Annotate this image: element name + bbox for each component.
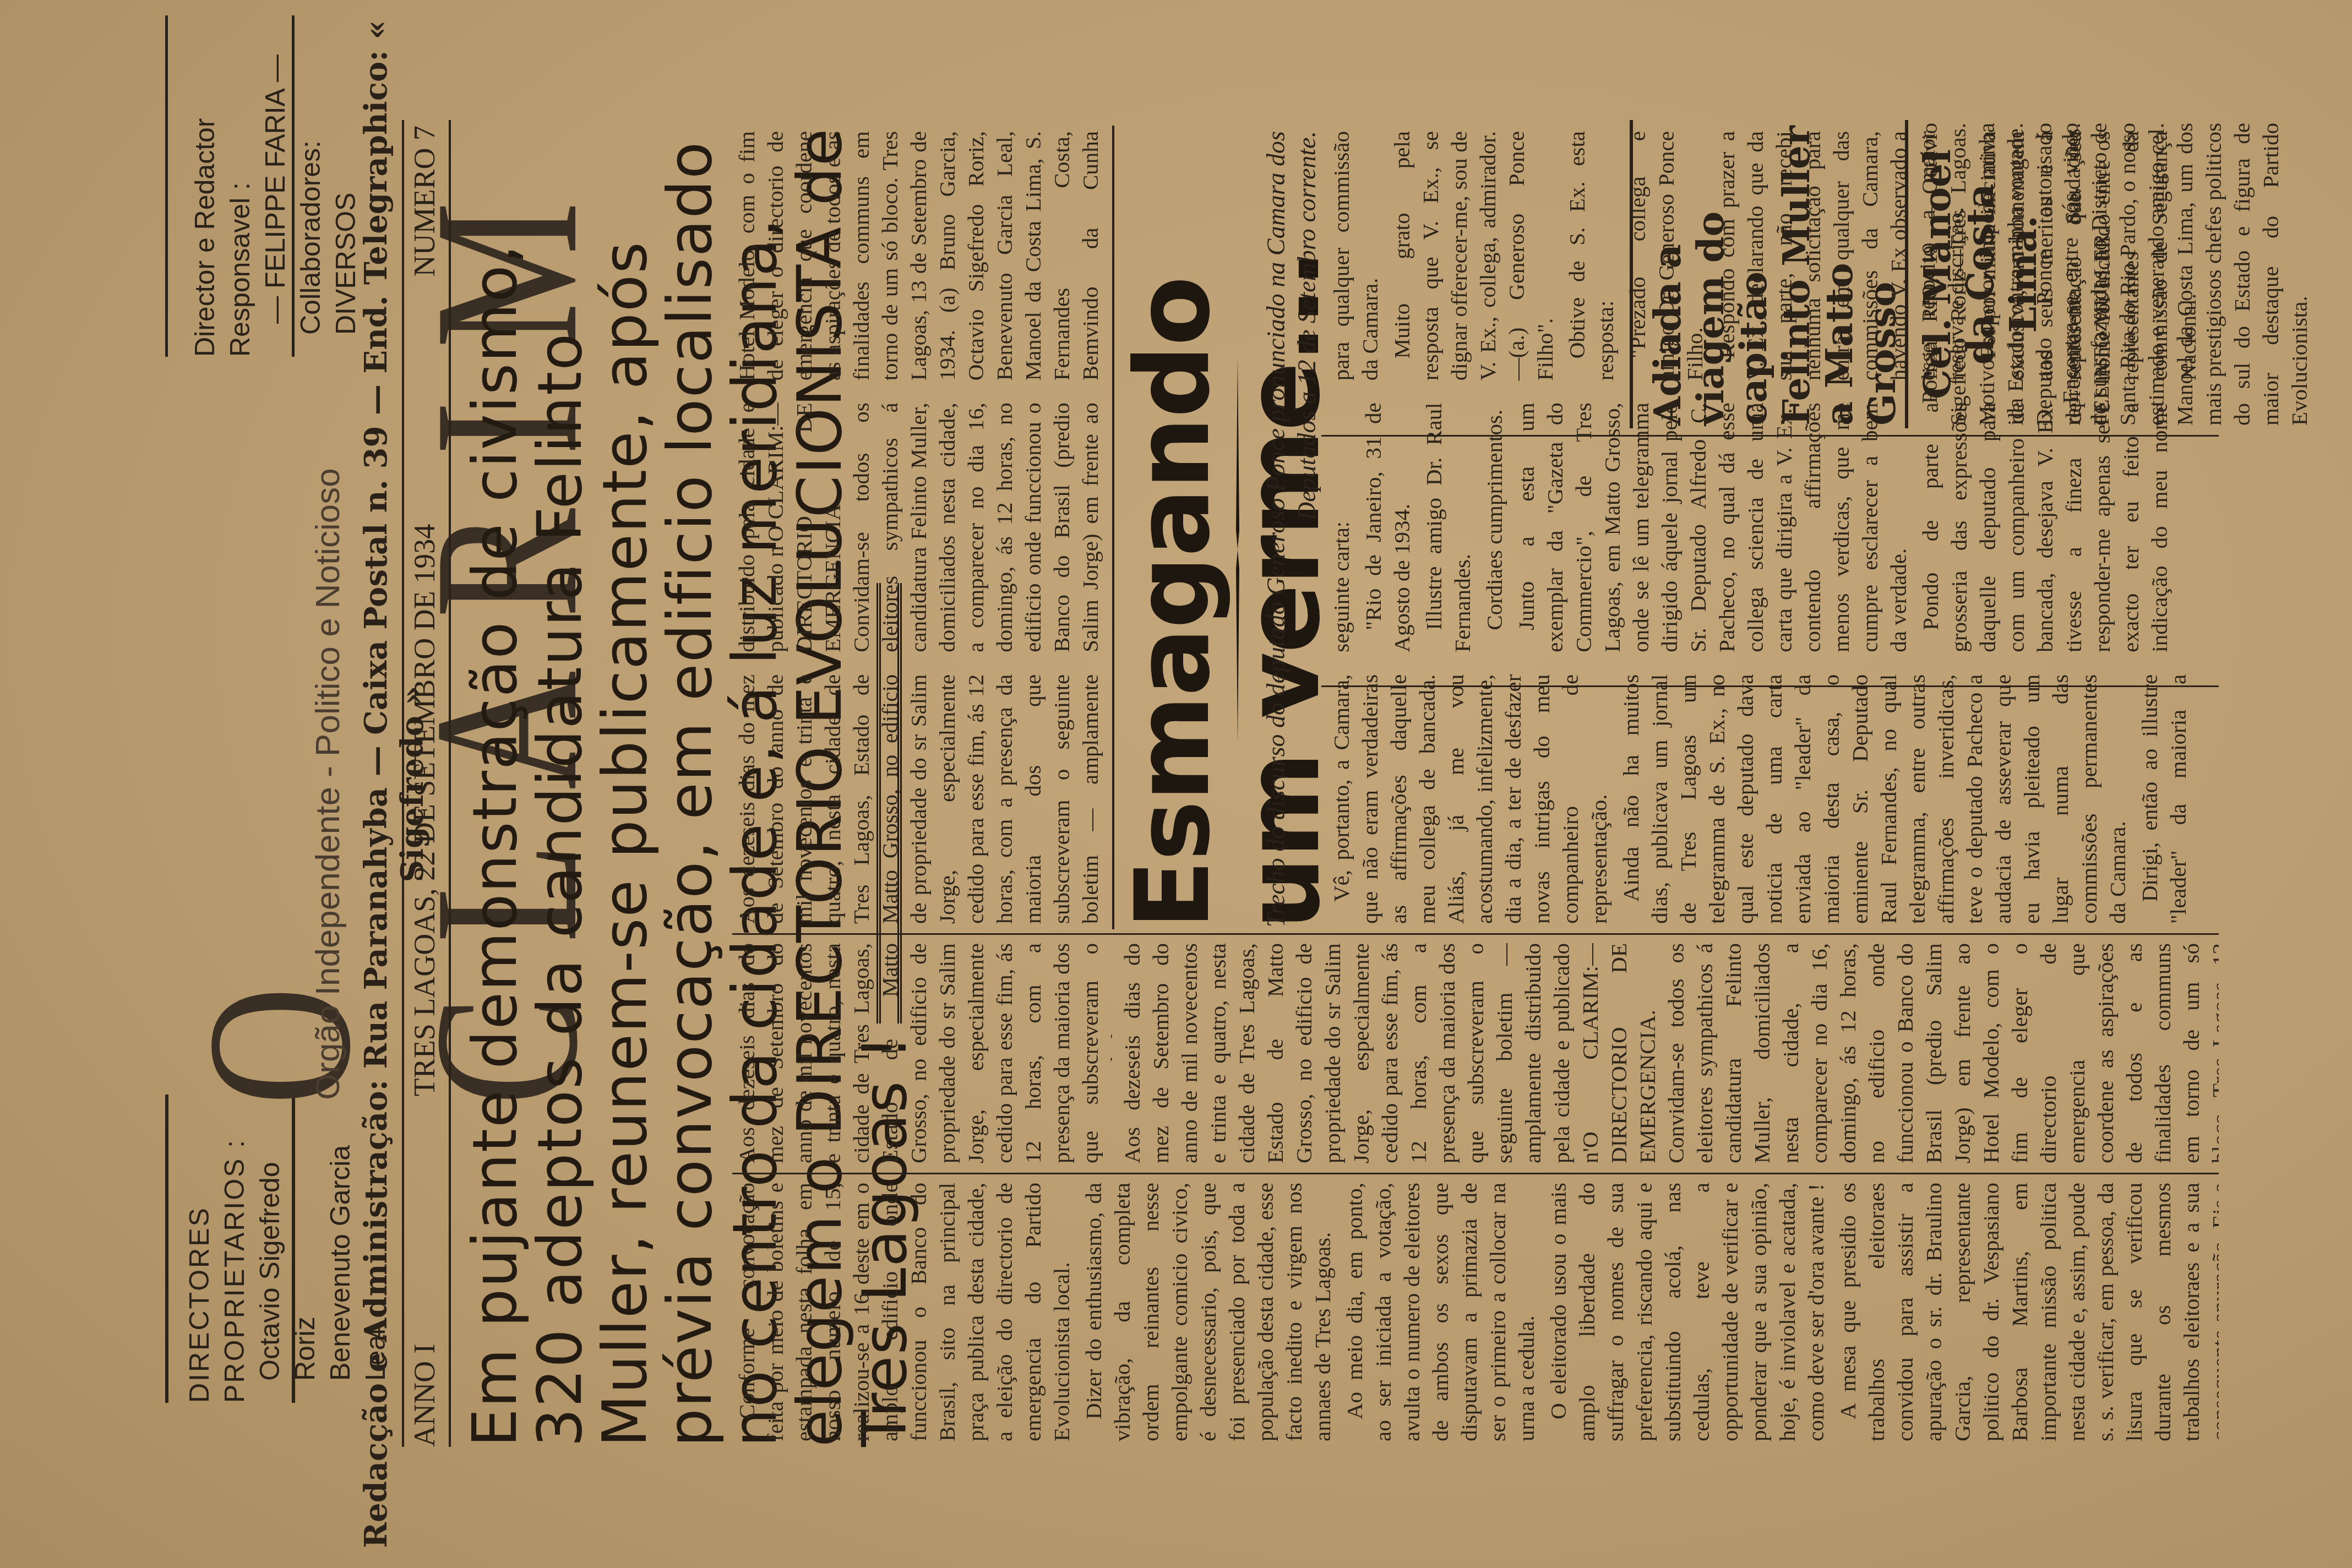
lead-paragraph: O eleitorado usou o mais amplo liberdade… <box>1544 1183 1830 1441</box>
lead-paragraph: Conforme convocação feita por meio de bo… <box>732 1183 1076 1441</box>
costa-lima-article: Cel. Manoel da Costa Lima. Encontra-se e… <box>1916 123 2336 426</box>
column-rule-1 <box>732 1173 2219 1174</box>
esmagando-paragraph: Muito grato pela resposta que V. Ex., se… <box>1387 131 1559 380</box>
acta-continuation: Aos dezeseis dias do mez de Setembro do … <box>732 943 1112 1163</box>
esmagando-paragraph: Ainda não ha muitos dias, publicava um j… <box>1616 674 2132 924</box>
adiada-title: Adiada a viagem do capitão Felinto Mulle… <box>1646 123 1904 426</box>
column-rule-2 <box>732 933 2219 935</box>
esmagando-subtitle: Trecho do discurso do deputado Generoso … <box>1261 131 1322 929</box>
owners-top-rule <box>165 1095 168 1403</box>
esmagando-paragraph: Junto a esta um exemplar da "Gazeta do C… <box>1512 402 1913 652</box>
lead-paragraph: A mesa que presidio os trabalhos eleitor… <box>1833 1183 2219 1441</box>
director-name: — FELIPPE FARIA — <box>258 4 293 357</box>
esmagando-paragraph: Cordiaes cumprimentos. <box>1480 402 1509 652</box>
adiada-top-rule <box>1630 120 1633 428</box>
lead-paragraph: Ao meio dia, em ponto, ao ser iniciada a… <box>1340 1183 1540 1441</box>
lead-article-column-1: Conforme convocação feita por meio de bo… <box>732 1183 2219 1441</box>
lead-article-column-2: Aos dezeseis dias do mez de Setembro do … <box>732 943 1112 1163</box>
place-date: TRES LAGOAS, 22 DE SETEMBRO DE 1934 <box>407 524 442 1097</box>
newspaper-page-rotated: DIRECTORES PROPRIETARIOS : Octavio Sigef… <box>0 0 2352 1568</box>
owners-label: DIRECTORES PROPRIETARIOS : <box>182 1095 252 1403</box>
costa-lima-body: Encontra-se entre nós, vindo de suas faz… <box>2056 123 2313 426</box>
acta-continuation: Aos dezeseis dias do mez de Setembro do … <box>1118 943 2219 1163</box>
scanned-newspaper-background: DIRECTORES PROPRIETARIOS : Octavio Sigef… <box>0 0 2352 1568</box>
dateline: ANNO I TRES LAGOAS, 22 DE SETEMBRO DE 19… <box>407 126 442 1447</box>
costa-lima-title: Cel. Manoel da Costa Lima. <box>1916 123 2045 426</box>
director-bottom-rule <box>292 15 295 357</box>
dateline-top-rule <box>402 120 404 1447</box>
esmagando-paragraph: Illustre amigo Dr. Raul Fernandes. <box>1419 402 1477 652</box>
lead-paragraph: Dizer do enthusiasmo, da vibração, da co… <box>1079 1183 1337 1441</box>
director-top-rule <box>165 15 168 357</box>
costa-lima-top-rule <box>1905 120 1908 428</box>
acta-continuation: Aos dezeseis dias do mez de Setembro do … <box>732 131 1112 924</box>
esmagando-paragraph: Vê, portanto, a Camara, que não eram ver… <box>1327 674 1613 924</box>
lead-article-columns-3-5: Aos dezeseis dias do mez de Setembro do … <box>732 131 1112 924</box>
esmagando-paragraph: "Rio de Janeiro, 31 de Agosto de 1934. <box>1359 402 1416 652</box>
esmagando-paragraph: Obtive de S. Ex. esta resposta: <box>1562 131 1620 380</box>
tagline: Orgão Independente - Politico e Noticios… <box>308 0 347 1568</box>
owners-bottom-rule <box>292 1095 295 1403</box>
volume-label: ANNO I <box>407 1344 442 1447</box>
director-label: Director e Redactor Responsavel : <box>187 4 258 357</box>
issue-number: NUMERO 7 <box>407 126 442 277</box>
dateline-bottom-rule <box>449 120 451 1447</box>
lead-article-column-2-lower: Aos dezeseis dias do mez de Setembro do … <box>1118 943 2219 1163</box>
